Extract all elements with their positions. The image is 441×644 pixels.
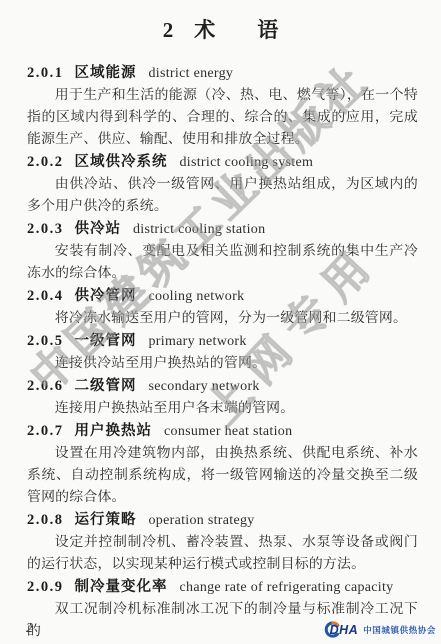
term-en: district cooling system xyxy=(180,155,314,170)
term-definition: 连接用户换热站至用户各末端的管网。 xyxy=(27,398,418,420)
term-heading: 2.0.5一级管网primary network xyxy=(27,330,418,353)
term-definition: 安装有制冷、变配电及相关监测和控制系统的集中生产冷冻水的综合体。 xyxy=(27,241,418,285)
term-number: 2.0.7 xyxy=(27,423,64,439)
term-definition: 连接供冷站至用户换热站的管网。 xyxy=(27,353,418,375)
term-zh: 用户换热站 xyxy=(75,423,153,439)
term-number: 2.0.9 xyxy=(27,579,64,595)
term-number: 2.0.1 xyxy=(27,65,64,81)
term-zh: 运行策略 xyxy=(75,512,137,528)
logo-association-name: 中国城镇供热协会 xyxy=(363,624,436,636)
term-number: 2.0.5 xyxy=(27,333,64,349)
term-number: 2.0.3 xyxy=(27,221,64,237)
term-number: 2.0.4 xyxy=(27,288,64,304)
term-zh: 区域能源 xyxy=(75,65,137,81)
term-en: district energy xyxy=(149,66,234,81)
term-section-2-0-4: 2.0.4供冷管网cooling network 将冷冻水输送至用户的管网，分为… xyxy=(27,285,418,330)
term-number: 2.0.8 xyxy=(27,512,64,528)
scanned-document-page: 2 术 语 2.0.1区域能源district energy 用于生产和生活的能… xyxy=(0,0,441,644)
term-en: secondary network xyxy=(149,379,260,394)
term-definition: 由供冷站、供冷一级管网、用户换热站组成，为区域内的多个用户供冷的系统。 xyxy=(27,174,418,218)
logo-abbr-text: DHA xyxy=(330,623,359,637)
term-number: 2.0.2 xyxy=(27,154,64,170)
term-heading: 2.0.2区域供冷系统district cooling system xyxy=(27,151,418,174)
term-zh: 一级管网 xyxy=(75,333,137,349)
term-section-2-0-8: 2.0.8运行策略operation strategy 设定并控制制冷机、蓄冷装… xyxy=(27,509,418,576)
term-definition: 设置在用冷建筑物内部，由换热系统、供配电系统、补水系统、自动控制系统构成，将一级… xyxy=(27,443,418,509)
term-en: operation strategy xyxy=(149,513,255,528)
page-number: 2 xyxy=(26,621,33,637)
term-zh: 二级管网 xyxy=(75,378,137,394)
term-definition: 将冷冻水输送至用户的管网，分为一级管网和二级管网。 xyxy=(27,308,418,330)
term-section-2-0-7: 2.0.7用户换热站consumer heat station 设置在用冷建筑物… xyxy=(27,420,418,509)
dha-association-logo: DHA 中国城镇供热协会 xyxy=(322,621,436,638)
term-heading: 2.0.7用户换热站consumer heat station xyxy=(27,420,418,443)
term-zh: 供冷管网 xyxy=(75,288,137,304)
term-definition: 用于生产和生活的能源（冷、热、电、燃气等），在一个特指的区域内得到科学的、合理的… xyxy=(27,85,418,151)
term-definition: 设定并控制制冷机、蓄冷装置、热泵、水泵等设备或阀门的运行状态，以实现某种运行模式… xyxy=(27,532,418,576)
page-title: 2 术 语 xyxy=(0,14,441,44)
term-heading: 2.0.3供冷站district cooling station xyxy=(27,218,418,241)
term-section-2-0-5: 2.0.5一级管网primary network 连接供冷站至用户换热站的管网。 xyxy=(27,330,418,375)
term-section-2-0-1: 2.0.1区域能源district energy 用于生产和生活的能源（冷、热、… xyxy=(27,62,418,151)
term-heading: 2.0.9制冷量变化率change rate of refrigerating … xyxy=(27,576,418,599)
term-en: cooling network xyxy=(149,289,245,304)
term-zh: 供冷站 xyxy=(75,221,122,237)
term-en: change rate of refrigerating capacity xyxy=(180,580,394,595)
term-heading: 2.0.6二级管网secondary network xyxy=(27,375,418,398)
term-heading: 2.0.8运行策略operation strategy xyxy=(27,509,418,532)
term-number: 2.0.6 xyxy=(27,378,64,394)
term-zh: 区域供冷系统 xyxy=(75,154,168,170)
terminology-content: 2.0.1区域能源district energy 用于生产和生活的能源（冷、热、… xyxy=(27,62,418,643)
term-zh: 制冷量变化率 xyxy=(75,579,168,595)
term-en: district cooling station xyxy=(133,222,265,237)
term-en: consumer heat station xyxy=(164,424,292,439)
term-section-2-0-2: 2.0.2区域供冷系统district cooling system 由供冷站、… xyxy=(27,151,418,218)
term-section-2-0-3: 2.0.3供冷站district cooling station 安装有制冷、变… xyxy=(27,218,418,285)
term-section-2-0-6: 2.0.6二级管网secondary network 连接用户换热站至用户各末端… xyxy=(27,375,418,420)
term-heading: 2.0.1区域能源district energy xyxy=(27,62,418,85)
term-en: primary network xyxy=(149,334,247,349)
term-heading: 2.0.4供冷管网cooling network xyxy=(27,285,418,308)
